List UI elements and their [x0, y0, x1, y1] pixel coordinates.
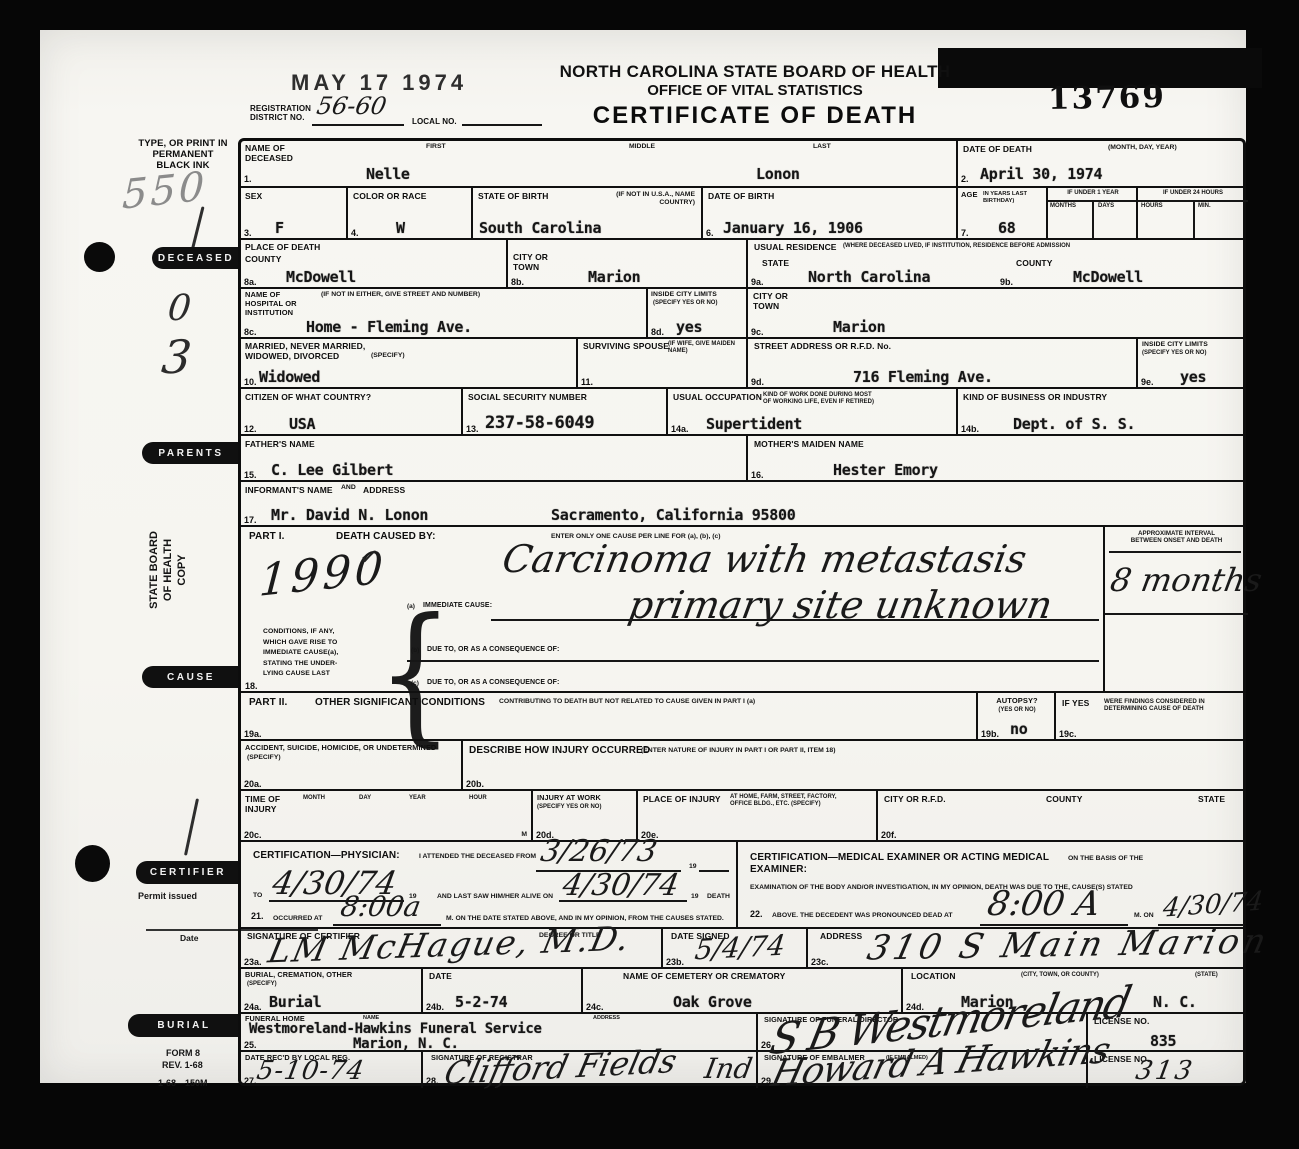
informant-and: AND [341, 484, 356, 492]
row-parents: FATHER'S NAME 15. C. Lee Gilbert MOTHER'… [241, 434, 1243, 482]
attended-text: I ATTENDED THE DECEASED FROM [419, 853, 536, 861]
alive-year-19: 19 [691, 893, 699, 901]
burial-date-value: 5-2-74 [455, 993, 507, 1011]
handwritten-550: 550 [121, 163, 208, 218]
place-injury-sub: AT HOME, FARM, STREET, FACTORY, OFFICE B… [730, 794, 837, 808]
field-ssn: SOCIAL SECURITY NUMBER 13. 237-58-6049 [461, 389, 668, 436]
row-hospital: NAME OF HOSPITAL OR INSTITUTION (IF NOT … [241, 287, 1243, 339]
item-20b: 20b. [466, 779, 484, 789]
cause-line2: primary site unknown [625, 583, 1056, 627]
part2-label: PART II. [249, 697, 287, 709]
occurred-time: 8:00a [338, 890, 423, 923]
field-embalmer-signature: SIGNATURE OF EMBALMER (IF EMBALMED) 29. … [756, 1052, 1088, 1088]
dod-value: April 30, 1974 [980, 165, 1102, 183]
part2-note: CONTRIBUTING TO DEATH BUT NOT RELATED TO… [499, 698, 755, 706]
race-value: W [396, 219, 405, 237]
pronounced-text: ABOVE. THE DECEDENT WAS PRONOUNCED DEAD … [772, 912, 953, 920]
cemetery-label: NAME OF CEMETERY OR CREMATORY [623, 971, 785, 981]
mother-value: Hester Emory [833, 461, 938, 479]
sex-value: F [275, 219, 284, 237]
alive-date: 4/30/74 [560, 868, 682, 903]
item-4: 4. [351, 228, 359, 238]
item-28: 28. [426, 1076, 439, 1086]
part1-interval-column: APPROXIMATE INTERVAL BETWEEN ONSET AND D… [1103, 527, 1248, 693]
field-race: COLOR OR RACE 4. W [346, 188, 473, 240]
registration-district-label: REGISTRATION DISTRICT NO. [250, 104, 311, 123]
field-date-signed: DATE SIGNED 23b. 5/4/74 [661, 929, 808, 969]
icl2-value: yes [1180, 368, 1206, 386]
row-certification: CERTIFICATION—PHYSICIAN: I ATTENDED THE … [241, 840, 1243, 929]
how-injury-sub: (ENTER NATURE OF INJURY IN PART I OR PAR… [641, 747, 835, 755]
residence-city-label: CITY OR TOWN [753, 291, 788, 311]
header-title-line3: CERTIFICATE OF DEATH [540, 102, 970, 130]
form-print-run-note: 1-68—150M [158, 1078, 208, 1088]
registration-underline [312, 124, 404, 126]
hole-punch-bottom [75, 845, 110, 882]
icl-label: INSIDE CITY LIMITS [651, 291, 717, 299]
item-7: 7. [961, 228, 969, 238]
pod-city-label: CITY OR TOWN [513, 252, 548, 272]
registrar-signature: Clifford Fields [441, 1042, 681, 1093]
field-usual-residence: USUAL RESIDENCE (WHERE DECEASED LIVED, I… [746, 240, 1248, 289]
ssn-label: SOCIAL SECURITY NUMBER [468, 392, 587, 402]
row-marital: MARRIED, NEVER MARRIED, WIDOWED, DIVORCE… [241, 337, 1243, 389]
field-if-under-1-year: IF UNDER 1 YEAR MONTHS DAYS [1046, 188, 1138, 240]
to-label: TO [253, 892, 262, 900]
interval-header: APPROXIMATE INTERVAL BETWEEN ONSET AND D… [1105, 530, 1248, 545]
field-hospital: NAME OF HOSPITAL OR INSTITUTION (IF NOT … [241, 289, 646, 339]
autopsy-label: AUTOPSY? [978, 697, 1056, 706]
days-label: DAYS [1098, 203, 1114, 210]
ssn-value: 237-58-6049 [485, 413, 594, 433]
street-value: 716 Fleming Ave. [853, 368, 993, 386]
residence-city-value: Marion [833, 318, 885, 336]
informant-address-value: Sacramento, California 95800 [551, 506, 795, 524]
item-9b: 9b. [1000, 277, 1013, 287]
interval-rule [1105, 613, 1248, 615]
line-b-rule [407, 660, 1099, 662]
location-label: LOCATION [911, 971, 956, 981]
field-death-county: PLACE OF DEATH COUNTY 8a. McDowell [241, 240, 506, 289]
location-state-value: N. C. [1153, 993, 1197, 1011]
injury-state-label: STATE [1198, 794, 1225, 804]
item-24c: 24c. [586, 1002, 604, 1012]
under24h-label: IF UNDER 24 HOURS [1138, 190, 1248, 197]
item-25: 25. [244, 1040, 257, 1050]
field-how-injury-occurred: DESCRIBE HOW INJURY OCCURRED (ENTER NATU… [461, 741, 1248, 791]
item-6: 6. [706, 228, 714, 238]
field-mother: MOTHER'S MAIDEN NAME 16. Hester Emory [746, 436, 1248, 482]
mother-label: MOTHER'S MAIDEN NAME [754, 439, 864, 449]
item-23a: 23a. [244, 957, 262, 967]
under1yr-label: IF UNDER 1 YEAR [1048, 190, 1138, 197]
line-b-letter: (b) [411, 647, 419, 655]
hole-punch-top [84, 242, 115, 272]
injury-city-label: CITY OR R.F.D. [884, 794, 946, 804]
item-17: 17. [244, 515, 257, 525]
pronounced-m-on: M. ON [1134, 912, 1154, 920]
informant-label: INFORMANT'S NAME [245, 485, 333, 495]
cause-line1: Carcinoma with metastasis [499, 537, 1030, 581]
row-injury-details: TIME OF INJURY MONTH DAY YEAR HOUR 20c. … [241, 789, 1243, 842]
field-name-of-deceased: NAME OF DECEASED FIRST MIDDLE LAST 1. Ne… [241, 141, 956, 186]
sob-value: South Carolina [479, 219, 601, 237]
item-23c: 23c. [811, 957, 829, 967]
item-8c: 8c. [244, 327, 257, 337]
location-state-sub: (STATE) [1195, 972, 1218, 979]
how-injury-label: DESCRIBE HOW INJURY OCCURRED [469, 745, 650, 757]
item-11: 11. [581, 377, 593, 387]
hospital-value: Home - Fleming Ave. [306, 318, 472, 336]
handwritten-0: 0 [166, 288, 193, 329]
tab-parents: PARENTS [142, 442, 240, 464]
hour-label: HOUR [469, 795, 487, 802]
registrar-extra-mark: Ind [702, 1052, 755, 1085]
item-14b: 14b. [961, 424, 979, 434]
death-caused-by-label: DEATH CAUSED BY: [336, 531, 436, 543]
icl-sub: (SPECIFY YES OR NO) [653, 300, 717, 307]
header-title-line1: NORTH CAROLINA STATE BOARD OF HEALTH [540, 62, 970, 82]
alive-rule [559, 900, 687, 902]
field-time-of-injury: TIME OF INJURY MONTH DAY YEAR HOUR 20c. … [241, 791, 531, 842]
line-b-label: DUE TO, OR AS A CONSEQUENCE OF: [427, 646, 559, 654]
icl2-sub: (SPECIFY YES OR NO) [1142, 350, 1206, 357]
first-header: FIRST [426, 143, 446, 151]
father-label: FATHER'S NAME [245, 439, 315, 449]
icl-value: yes [676, 318, 702, 336]
field-accident-type: ACCIDENT, SUICIDE, HOMICIDE, OR UNDETERM… [241, 741, 461, 791]
item-14a: 14a. [671, 424, 689, 434]
certifier-address-value: 310 S Main Marion [863, 921, 1273, 968]
item-16: 16. [751, 470, 764, 480]
tab-deceased: DECEASED [152, 247, 240, 269]
residence-county-value: McDowell [1073, 268, 1143, 286]
age-sub: IN YEARS LAST BIRTHDAY) [983, 191, 1027, 205]
father-value: C. Lee Gilbert [271, 461, 393, 479]
informant-name-value: Mr. David N. Lonon [271, 506, 428, 524]
field-sex: SEX 3. F [241, 188, 346, 240]
field-certifier-address: ADDRESS 23c. 310 S Main Marion [806, 929, 1248, 969]
certificate-form: NAME OF DECEASED FIRST MIDDLE LAST 1. Ne… [238, 138, 1246, 1086]
field-autopsy: AUTOPSY? (YES OR NO) 19b. no [976, 693, 1056, 741]
item-22: 22. [750, 909, 763, 919]
header-title-line2: OFFICE OF VITAL STATISTICS [540, 82, 970, 99]
field-injury-city: CITY OR R.F.D. COUNTY STATE 20f. [876, 791, 1248, 842]
burial-sub: (SPECIFY) [247, 981, 277, 988]
accident-sub: (SPECIFY) [247, 754, 281, 762]
pod-county-label: COUNTY [245, 254, 282, 264]
accident-label: ACCIDENT, SUICIDE, HOMICIDE, OR UNDETERM… [245, 744, 455, 753]
item-18: 18. [245, 681, 258, 691]
marital-sub: (SPECIFY) [371, 352, 405, 360]
certifier-signature: LM McHague, M.D. [265, 919, 635, 971]
day-label: DAY [359, 795, 371, 802]
item-8d: 8d. [651, 327, 664, 337]
min-label: MIN. [1198, 203, 1211, 210]
field-if-under-24-hours: IF UNDER 24 HOURS HOURS MIN. [1136, 188, 1248, 240]
sex-label: SEX [245, 191, 262, 201]
part2-section: PART II. OTHER SIGNIFICANT CONDITIONS CO… [241, 691, 1243, 741]
field-death-city: CITY OR TOWN 8b. Marion [506, 240, 748, 289]
tab-burial: BURIAL [128, 1014, 240, 1037]
interval-header-rule [1109, 551, 1241, 553]
field-marital-status: MARRIED, NEVER MARRIED, WIDOWED, DIVORCE… [241, 339, 576, 389]
field-other-conditions: PART II. OTHER SIGNIFICANT CONDITIONS CO… [241, 693, 976, 741]
field-signature-certifier: SIGNATURE OF CERTIFIER DEGREE OR TITLE 2… [241, 929, 661, 969]
row-name: NAME OF DECEASED FIRST MIDDLE LAST 1. Ne… [241, 141, 1243, 186]
pronounced-time: 8:00 A [984, 884, 1103, 924]
row-accident: ACCIDENT, SUICIDE, HOMICIDE, OR UNDETERM… [241, 739, 1243, 791]
last-saw-text: AND LAST SAW HIM/HER ALIVE ON [437, 893, 553, 901]
industry-label: KIND OF BUSINESS OR INDUSTRY [963, 392, 1107, 402]
row-registrar: DATE REC'D BY LOCAL REG. 27. 5-10-74 SIG… [241, 1050, 1243, 1088]
residence-sub: (WHERE DECEASED LIVED, IF INSTITUTION, R… [843, 243, 1070, 250]
license-value-1: 835 [1150, 1032, 1176, 1050]
local-no-underline [462, 124, 542, 126]
row-informant: INFORMANT'S NAME AND ADDRESS 17. Mr. Dav… [241, 480, 1243, 527]
field-burial-date: DATE 24b. 5-2-74 [421, 969, 583, 1014]
marital-value: Widowed [259, 368, 320, 386]
item-23b: 23b. [666, 957, 684, 967]
time-injury-label: TIME OF INJURY [245, 794, 280, 814]
if-yes-label: IF YES [1062, 698, 1089, 708]
line-c-letter: (c) [411, 680, 419, 688]
findings-label: WERE FINDINGS CONSIDERED IN DETERMINING … [1104, 698, 1205, 713]
field-registrar-signature: SIGNATURE OF REGISTRAR 28. Clifford Fiel… [421, 1052, 758, 1088]
field-date-received: DATE REC'D BY LOCAL REG. 27. 5-10-74 [241, 1052, 421, 1088]
field-state-of-birth: STATE OF BIRTH (IF NOT IN U.S.A., NAME C… [471, 188, 703, 240]
from-year-19: 19 [689, 863, 697, 871]
field-burial-type: BURIAL, CREMATION, OTHER (SPECIFY) 24a. … [241, 969, 421, 1014]
place-injury-label: PLACE OF INJURY [643, 794, 721, 804]
funeral-home-name: Westmoreland-Hawkins Funeral Service [249, 1021, 542, 1037]
dob-value: January 16, 1906 [723, 219, 863, 237]
item-21: 21. [251, 911, 264, 921]
age-value: 68 [998, 219, 1015, 237]
field-age: AGE IN YEARS LAST BIRTHDAY) 7. 68 [956, 188, 1048, 240]
cert-medexam-title: CERTIFICATION—MEDICAL EXAMINER OR ACTING… [750, 852, 1050, 876]
pronounced-date: 4/30/74 [1162, 886, 1265, 923]
item-13: 13. [466, 424, 479, 434]
injury-work-sub: (SPECIFY YES OR NO) [537, 804, 601, 811]
citizen-label: CITIZEN OF WHAT COUNTRY? [245, 392, 371, 402]
item-19b: 19b. [981, 729, 999, 739]
license-value-2: 313 [1133, 1056, 1197, 1086]
local-no-label: LOCAL NO. [412, 117, 457, 126]
field-residence-city: CITY OR TOWN 9c. Marion [746, 289, 1248, 339]
attended-from-date: 3/26/73 [538, 834, 660, 869]
item-9a: 9a. [751, 277, 764, 287]
field-certification-medical-examiner: CERTIFICATION—MEDICAL EXAMINER OR ACTING… [736, 842, 1248, 929]
item-9c: 9c. [751, 327, 764, 337]
hours-label: HOURS [1141, 203, 1163, 210]
street-label: STREET ADDRESS OR R.F.D. No. [754, 341, 891, 351]
other-conditions-label: OTHER SIGNIFICANT CONDITIONS [315, 697, 485, 709]
item-20a: 20a. [244, 779, 262, 789]
injury-county-label: COUNTY [1046, 794, 1083, 804]
marital-label: MARRIED, NEVER MARRIED, WIDOWED, DIVORCE… [245, 341, 365, 361]
form-revision-note: REV. 1-68 [162, 1060, 203, 1070]
handwritten-3: 3 [159, 330, 194, 384]
informant-address-label: ADDRESS [363, 485, 405, 495]
field-citizen: CITIZEN OF WHAT COUNTRY? 12. USA [241, 389, 461, 436]
month-label: MONTH [303, 795, 325, 802]
location-sub: (CITY, TOWN, OR COUNTY) [1021, 972, 1099, 979]
field-father: FATHER'S NAME 15. C. Lee Gilbert [241, 436, 746, 482]
icl2-label: INSIDE CITY LIMITS [1142, 341, 1208, 349]
tab-certifier: CERTIFIER [136, 861, 240, 884]
residence-state-label: STATE [762, 258, 789, 268]
item-20c: 20c. [244, 830, 262, 840]
burial-type-value: Burial [269, 993, 321, 1011]
item-9d: 9d. [751, 377, 764, 387]
form-number-note: FORM 8 [166, 1048, 200, 1058]
spouse-label: SURVIVING SPOUSE [583, 341, 669, 351]
part1-section: PART I. DEATH CAUSED BY: ENTER ONLY ONE … [241, 525, 1243, 693]
item-10: 10. [244, 377, 257, 387]
item-3: 3. [244, 228, 252, 238]
row-sex-birth: SEX 3. F COLOR OR RACE 4. W STATE OF BIR… [241, 186, 1243, 240]
name-label: NAME OF DECEASED [245, 143, 293, 163]
hospital-label: NAME OF HOSPITAL OR INSTITUTION [245, 291, 297, 318]
line-c-label: DUE TO, OR AS A CONSEQUENCE OF: [427, 679, 559, 687]
months-label: MONTHS [1050, 203, 1076, 210]
meridiem-label: M [521, 831, 527, 839]
field-inside-city-limits-9e: INSIDE CITY LIMITS (SPECIFY YES OR NO) 9… [1136, 339, 1248, 389]
item-24b: 24b. [426, 1002, 444, 1012]
field-surviving-spouse: SURVIVING SPOUSE (IF WIFE, GIVE MAIDEN N… [576, 339, 748, 389]
burial-date-label: DATE [429, 971, 452, 981]
permit-issued-note: Permit issued [138, 891, 197, 901]
cemetery-value: Oak Grove [673, 993, 752, 1011]
from-year-rule [699, 870, 729, 872]
burial-label: BURIAL, CREMATION, OTHER [245, 971, 352, 980]
checkmark: ✓ [357, 542, 381, 573]
occupation-value: Supertident [706, 415, 802, 433]
row-citizen-ssn: CITIZEN OF WHAT COUNTRY? 12. USA SOCIAL … [241, 387, 1243, 436]
row-signature: SIGNATURE OF CERTIFIER DEGREE OR TITLE 2… [241, 927, 1243, 969]
item-8b: 8b. [511, 277, 524, 287]
last-name-value: Lonon [756, 165, 800, 183]
occupation-label: USUAL OCCUPATION [673, 392, 762, 402]
field-informant: INFORMANT'S NAME AND ADDRESS 17. Mr. Dav… [241, 482, 1246, 527]
part1-label: PART I. [249, 531, 285, 543]
field-occupation: USUAL OCCUPATION KIND OF WORK DONE DURIN… [666, 389, 958, 436]
tab-cause: CAUSE [142, 666, 240, 688]
race-label: COLOR OR RACE [353, 191, 427, 201]
field-place-of-injury: PLACE OF INJURY AT HOME, FARM, STREET, F… [636, 791, 878, 842]
item-2: 2. [961, 174, 969, 184]
cert-physician-title: CERTIFICATION—PHYSICIAN: [253, 850, 400, 862]
sob-sub: (IF NOT IN U.S.A., NAME COUNTRY) [565, 191, 695, 207]
residence-state-value: North Carolina [808, 268, 930, 286]
item-19a: 19a. [244, 729, 262, 739]
death-word: DEATH [707, 893, 730, 901]
hospital-sub: (IF NOT IN EITHER, GIVE STREET AND NUMBE… [321, 291, 480, 299]
field-findings-considered: IF YES WERE FINDINGS CONSIDERED IN DETER… [1054, 693, 1248, 741]
item-15: 15. [244, 470, 257, 480]
occupation-sub: KIND OF WORK DONE DURING MOST OF WORKING… [763, 392, 874, 406]
part1-main: PART I. DEATH CAUSED BY: ENTER ONLY ONE … [241, 527, 1103, 693]
industry-value: Dept. of S. S. [1013, 415, 1135, 433]
item-8a: 8a. [244, 277, 257, 287]
pod-county-value: McDowell [286, 268, 356, 286]
address-label: ADDRESS [820, 931, 862, 941]
date-note: Date [180, 933, 198, 943]
age-label: AGE [961, 191, 978, 200]
fh-address-sub: ADDRESS [593, 1015, 620, 1022]
injury-work-label: INJURY AT WORK [537, 794, 601, 803]
field-industry: KIND OF BUSINESS OR INDUSTRY 14b. Dept. … [956, 389, 1248, 436]
year-label: YEAR [409, 795, 426, 802]
conditions-label: CONDITIONS, IF ANY, WHICH GAVE RISE TO I… [263, 627, 338, 680]
scanned-death-certificate: NORTH CAROLINA STATE BOARD OF HEALTH MAY… [0, 0, 1299, 1149]
date-received-value: 5-10-74 [254, 1056, 367, 1086]
pod-city-value: Marion [588, 268, 640, 286]
field-date-of-death: DATE OF DEATH (MONTH, DAY, YEAR) 2. Apri… [956, 141, 1248, 186]
sob-label: STATE OF BIRTH [478, 191, 549, 201]
certificate-number: 13769 [1048, 79, 1166, 117]
autopsy-value: no [1010, 720, 1027, 738]
dob-label: DATE OF BIRTH [708, 191, 774, 201]
field-certification-physician: CERTIFICATION—PHYSICIAN: I ATTENDED THE … [241, 842, 736, 929]
item-20f: 20f. [881, 830, 897, 840]
item-9e: 9e. [1141, 377, 1154, 387]
item-12: 12. [244, 424, 257, 434]
registration-district-value: 56-60 [315, 92, 389, 120]
under24h-col-divider [1193, 200, 1195, 240]
autopsy-sub: (YES OR NO) [978, 707, 1056, 714]
date-signed-value: 5/4/74 [693, 929, 787, 967]
item-1: 1. [244, 174, 252, 184]
first-name-value: Nelle [366, 165, 410, 183]
pod-label: PLACE OF DEATH [245, 242, 320, 252]
last-header: LAST [813, 143, 831, 151]
field-license-embalmer: LICENSE NO. 313 [1086, 1052, 1248, 1088]
field-inside-city-limits-8d: INSIDE CITY LIMITS (SPECIFY YES OR NO) 8… [646, 289, 748, 339]
item-24a: 24a. [244, 1002, 262, 1012]
occurred-at-text: OCCURRED AT [273, 915, 322, 923]
row-place-residence: PLACE OF DEATH COUNTY 8a. McDowell CITY … [241, 238, 1243, 289]
item-19c: 19c. [1059, 729, 1077, 739]
residence-label: USUAL RESIDENCE [754, 242, 837, 252]
basis-text: ON THE BASIS OF THE [1068, 855, 1143, 863]
interval-value: 8 months [1108, 561, 1265, 599]
field-date-of-birth: DATE OF BIRTH 6. January 16, 1906 [701, 188, 958, 240]
spouse-sub: (IF WIFE, GIVE MAIDEN NAME) [668, 341, 748, 355]
middle-header: MIDDLE [629, 143, 655, 151]
dod-label: DATE OF DEATH [963, 144, 1032, 154]
copy-designation-label: STATE BOARD OF HEALTH COPY [120, 510, 216, 630]
residence-county-label: COUNTY [1016, 258, 1053, 268]
dod-sub: (MONTH, DAY, YEAR) [1108, 144, 1177, 152]
under1yr-col-divider [1092, 200, 1094, 240]
field-street-address: STREET ADDRESS OR R.F.D. No. 9d. 716 Fle… [746, 339, 1138, 389]
citizen-value: USA [289, 415, 315, 433]
